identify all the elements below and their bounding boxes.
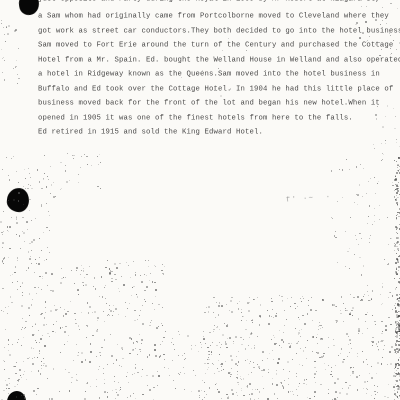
scan-speckle — [301, 329, 302, 330]
scan-speckle — [384, 345, 385, 346]
scan-speckle — [257, 297, 258, 298]
scan-speckle — [237, 303, 238, 304]
scan-speckle — [79, 329, 80, 330]
scan-speckle — [361, 299, 363, 301]
scan-speckle — [152, 281, 154, 283]
scan-speckle — [67, 311, 68, 312]
scan-speckle — [374, 398, 375, 399]
scan-speckle — [198, 390, 200, 392]
scan-speckle — [53, 368, 54, 369]
scan-speckle — [136, 294, 137, 295]
scan-speckle — [357, 204, 358, 205]
scan-speckle — [24, 371, 25, 372]
scan-speckle — [262, 351, 264, 353]
scan-speckle — [86, 156, 87, 157]
scan-speckle — [263, 369, 264, 370]
scan-speckle — [87, 325, 88, 326]
scan-speckle — [336, 399, 337, 400]
scan-speckle — [164, 266, 165, 267]
scan-speckle — [13, 199, 14, 200]
scan-speckle — [398, 270, 399, 271]
scan-speckle — [202, 380, 203, 381]
scan-speckle — [271, 316, 272, 317]
scan-speckle — [114, 376, 115, 377]
scan-speckle — [352, 371, 354, 373]
scan-speckle — [237, 374, 238, 375]
scan-speckle — [293, 394, 294, 395]
scan-speckle — [45, 365, 46, 366]
scan-speckle — [131, 338, 133, 340]
scan-speckle — [21, 395, 22, 396]
scan-speckle — [279, 330, 280, 331]
scan-speckle — [208, 306, 210, 308]
scan-speckle — [115, 308, 117, 310]
scan-speckle — [296, 353, 297, 354]
scan-speckle — [213, 312, 214, 313]
scan-speckle — [100, 355, 101, 356]
scan-speckle — [376, 118, 377, 119]
scan-speckle — [365, 21, 366, 22]
scan-speckle — [208, 367, 209, 368]
scan-speckle — [382, 153, 383, 154]
scan-speckle — [397, 327, 398, 328]
scan-speckle — [352, 315, 353, 316]
scan-speckle — [20, 375, 21, 376]
scan-speckle — [221, 398, 222, 399]
scan-speckle — [158, 375, 159, 376]
scan-speckle — [99, 154, 100, 155]
scan-speckle — [96, 356, 97, 357]
scan-speckle — [347, 310, 348, 311]
scan-speckle — [267, 310, 268, 311]
scan-speckle — [146, 286, 148, 288]
scan-speckle — [45, 272, 47, 274]
scan-speckle — [50, 310, 52, 312]
scan-speckle — [385, 140, 386, 141]
scan-speckle — [395, 395, 396, 396]
scan-speckle — [230, 300, 231, 301]
scan-speckle — [297, 306, 298, 307]
scan-speckle — [154, 265, 155, 266]
scan-speckle — [267, 358, 268, 359]
scan-speckle — [317, 352, 318, 353]
scan-speckle — [213, 329, 214, 330]
scan-speckle — [230, 376, 231, 377]
scan-speckle — [349, 268, 350, 269]
scan-speckle — [275, 315, 277, 317]
scan-speckle — [394, 128, 396, 130]
scan-speckle — [29, 258, 31, 260]
scan-speckle — [32, 358, 33, 359]
scan-speckle — [133, 349, 134, 350]
scan-speckle — [396, 237, 398, 239]
scan-speckle — [395, 328, 397, 330]
scan-speckle — [213, 331, 214, 332]
scan-speckle — [104, 391, 106, 393]
scan-speckle — [39, 276, 40, 277]
scan-speckle — [199, 397, 200, 398]
scan-speckle — [169, 375, 170, 376]
scan-speckle — [251, 393, 253, 395]
scan-speckle — [349, 385, 350, 386]
scan-speckle — [221, 363, 223, 365]
scan-speckle — [204, 391, 205, 392]
scan-speckle — [111, 278, 112, 279]
scan-speckle — [18, 339, 19, 340]
scan-speckle — [370, 300, 371, 301]
scan-speckle — [54, 305, 55, 306]
scan-speckle — [222, 334, 224, 336]
scan-speckle — [369, 373, 370, 374]
scan-speckle — [395, 273, 397, 275]
scan-speckle — [89, 266, 90, 267]
scan-speckle — [290, 306, 291, 307]
scan-speckle — [219, 354, 220, 355]
scan-speckle — [8, 344, 9, 345]
scan-speckle — [26, 270, 27, 271]
scan-speckle — [17, 342, 18, 343]
scan-speckle — [157, 371, 158, 372]
scan-speckle — [27, 358, 28, 359]
scan-speckle — [368, 216, 369, 217]
scan-speckle — [398, 300, 399, 301]
scan-speckle — [221, 344, 222, 345]
scan-speckle — [80, 167, 81, 168]
scan-speckle — [301, 301, 302, 302]
scan-speckle — [397, 167, 398, 168]
scan-speckle — [36, 293, 37, 294]
scan-speckle — [358, 328, 360, 330]
scan-speckle — [99, 366, 100, 367]
scan-speckle — [353, 367, 354, 368]
scan-speckle — [22, 217, 23, 218]
scan-speckle — [390, 54, 391, 55]
scan-speckle — [243, 339, 244, 340]
scan-speckle — [398, 341, 400, 343]
scan-speckle — [227, 397, 229, 399]
scan-speckle — [155, 289, 156, 290]
scan-speckle — [123, 284, 125, 286]
scan-speckle — [366, 393, 367, 394]
scan-speckle — [382, 286, 383, 287]
scan-speckle — [380, 24, 381, 25]
scan-speckle — [94, 277, 95, 278]
scan-speckle — [179, 374, 180, 375]
scan-speckle — [352, 307, 354, 309]
scan-speckle — [43, 232, 44, 233]
scan-speckle — [341, 296, 342, 297]
scan-speckle — [296, 376, 297, 377]
scan-speckle — [14, 272, 15, 273]
scan-speckle — [372, 345, 373, 346]
scan-speckle — [137, 319, 138, 320]
scan-speckle — [390, 363, 392, 365]
scan-speckle — [374, 221, 375, 222]
scan-speckle — [236, 356, 237, 357]
scan-speckle — [109, 315, 110, 316]
scan-speckle — [332, 376, 333, 377]
scan-speckle — [31, 188, 32, 189]
scan-speckle — [398, 182, 399, 183]
scan-speckle — [238, 361, 239, 362]
scan-speckle — [239, 301, 240, 302]
scan-speckle — [287, 361, 289, 363]
scan-speckle — [52, 331, 53, 332]
scan-speckle — [8, 25, 10, 27]
scan-speckle — [274, 337, 275, 338]
scan-speckle — [263, 388, 264, 389]
scan-speckle — [171, 342, 172, 343]
scan-speckle — [391, 346, 393, 348]
scan-speckle — [6, 26, 7, 27]
scan-speckle — [363, 265, 364, 266]
scan-speckle — [104, 383, 105, 384]
scan-speckle — [16, 222, 18, 224]
scan-speckle — [362, 333, 363, 334]
scan-speckle — [335, 365, 336, 366]
scan-speckle — [382, 126, 384, 128]
scan-speckle — [396, 172, 398, 174]
scan-speckle — [160, 344, 161, 345]
scan-speckle — [335, 231, 336, 232]
scan-speckle — [208, 351, 209, 352]
scan-speckle — [394, 305, 395, 306]
scan-speckle — [353, 297, 354, 298]
scan-speckle — [97, 320, 98, 321]
scan-speckle — [0, 221, 2, 223]
scan-speckle — [362, 196, 363, 197]
scan-speckle — [396, 287, 397, 288]
scan-speckle — [339, 169, 340, 170]
scan-speckle — [77, 289, 79, 291]
scan-speckle — [379, 55, 380, 56]
scan-speckle — [397, 388, 399, 390]
scan-speckle — [350, 217, 351, 218]
scan-speckle — [374, 321, 376, 323]
scan-speckle — [259, 391, 260, 392]
scan-speckle — [356, 239, 357, 240]
scan-speckle — [218, 371, 220, 373]
scan-speckle — [129, 303, 130, 304]
scan-speckle — [72, 155, 73, 156]
scan-speckle — [65, 170, 66, 171]
scan-speckle — [223, 369, 224, 370]
scan-speckle — [357, 194, 359, 196]
scan-speckle — [332, 399, 333, 400]
scan-speckle — [90, 386, 91, 387]
scan-speckle — [378, 349, 379, 350]
scan-speckle — [206, 307, 207, 308]
scan-speckle — [172, 360, 173, 361]
scan-speckle — [343, 359, 345, 361]
scan-speckle — [225, 343, 227, 345]
scan-speckle — [312, 336, 314, 338]
scan-speckle — [107, 392, 108, 393]
scan-speckle — [345, 266, 346, 267]
scan-speckle — [251, 320, 253, 322]
scan-speckle — [229, 337, 231, 339]
scan-speckle — [146, 375, 147, 376]
scan-speckle — [198, 74, 199, 75]
scan-speckle — [182, 355, 183, 356]
scan-speckle — [304, 323, 306, 325]
scan-speckle — [388, 297, 389, 298]
scan-speckle — [269, 353, 270, 354]
scan-speckle — [105, 285, 106, 286]
scan-speckle — [254, 345, 255, 346]
scan-speckle — [78, 174, 79, 175]
scan-speckle — [236, 377, 237, 378]
scan-speckle — [173, 344, 174, 345]
scan-speckle — [392, 309, 393, 310]
scan-speckle — [46, 324, 47, 325]
scan-speckle — [215, 317, 216, 318]
scan-speckle — [199, 395, 200, 396]
text-line-1-clipped: just opposite and Party during the Royal… — [38, 0, 380, 3]
scan-speckle — [149, 280, 150, 281]
scan-speckle — [70, 301, 71, 302]
scan-speckle — [237, 378, 238, 379]
scan-speckle — [219, 302, 220, 303]
scan-speckle — [389, 32, 390, 33]
scan-speckle — [125, 316, 126, 317]
scan-speckle — [387, 105, 388, 106]
scan-speckle — [8, 393, 9, 394]
scan-speckle — [375, 114, 376, 115]
scan-speckle — [162, 307, 163, 308]
scan-speckle — [348, 336, 349, 337]
scan-speckle — [141, 376, 142, 377]
scan-speckle — [399, 294, 400, 295]
scan-speckle — [212, 342, 213, 343]
scan-speckle — [71, 270, 72, 271]
scan-speckle — [47, 176, 48, 177]
scan-speckle — [109, 273, 111, 275]
scan-speckle — [214, 373, 215, 374]
scan-speckle — [120, 387, 121, 388]
text-line-6: a hotel in Ridgeway known as the Queens.… — [38, 70, 380, 78]
scan-speckle — [2, 247, 3, 248]
scan-speckle — [141, 281, 143, 283]
scan-speckle — [184, 389, 185, 390]
scan-speckle — [331, 371, 332, 372]
scan-speckle — [165, 331, 166, 332]
scan-speckle — [374, 177, 375, 178]
scan-speckle — [248, 310, 250, 312]
scan-speckle — [218, 305, 219, 306]
scan-speckle — [349, 248, 350, 249]
text-line-7: Buffalo and Ed took over the Cottage Hot… — [38, 85, 393, 93]
scan-speckle — [291, 343, 292, 344]
scan-speckle — [277, 362, 278, 363]
scan-speckle — [397, 368, 399, 370]
scan-speckle — [218, 314, 220, 316]
scan-speckle — [360, 300, 361, 301]
scan-speckle — [142, 323, 144, 325]
scan-speckle — [16, 171, 17, 172]
scan-speckle — [7, 33, 9, 35]
scan-speckle — [372, 342, 373, 343]
scan-speckle — [369, 242, 370, 243]
scan-speckle — [250, 333, 252, 335]
scan-speckle — [20, 286, 21, 287]
scan-speckle — [87, 382, 89, 384]
scan-speckle — [314, 391, 316, 393]
text-line-3: got work as street car conductors.They b… — [38, 27, 400, 35]
scan-speckle — [276, 370, 277, 371]
scan-speckle — [345, 308, 346, 309]
scan-speckle — [155, 296, 156, 297]
scan-speckle — [398, 398, 399, 399]
scan-speckle — [397, 205, 398, 206]
scan-speckle — [377, 386, 378, 387]
scan-speckle — [48, 211, 49, 212]
scan-speckle — [127, 308, 128, 309]
scan-speckle — [336, 322, 337, 323]
scan-speckle — [297, 395, 298, 396]
scan-speckle — [104, 287, 105, 288]
scan-speckle — [241, 312, 242, 313]
scan-speckle — [113, 363, 114, 364]
scan-speckle — [339, 392, 341, 394]
scan-speckle — [367, 389, 368, 390]
scan-speckle — [81, 361, 83, 363]
scan-speckle — [154, 309, 155, 310]
scan-speckle — [395, 384, 396, 385]
scan-speckle — [347, 356, 348, 357]
scan-speckle — [20, 248, 21, 249]
scan-speckle — [132, 287, 133, 288]
scan-speckle — [337, 397, 338, 398]
scan-speckle — [216, 327, 217, 328]
scan-speckle — [104, 321, 105, 322]
scan-speckle — [298, 341, 299, 342]
scan-speckle — [257, 364, 258, 365]
scan-speckle — [16, 216, 18, 218]
scan-speckle — [35, 218, 36, 219]
scan-speckle — [300, 348, 301, 349]
scan-speckle — [216, 383, 217, 384]
scan-speckle — [394, 352, 395, 353]
scan-speckle — [30, 177, 31, 178]
scan-speckle — [164, 359, 165, 360]
scan-speckle — [78, 182, 79, 183]
scan-speckle — [364, 381, 365, 382]
scan-speckle — [372, 315, 373, 316]
scan-speckle — [37, 169, 38, 170]
scan-speckle — [78, 294, 79, 295]
scan-speckle — [396, 253, 397, 254]
scan-speckle — [103, 311, 104, 312]
scan-speckle — [229, 310, 230, 311]
scan-speckle — [206, 394, 207, 395]
scan-speckle — [388, 244, 389, 245]
scan-speckle — [163, 337, 164, 338]
scan-speckle — [217, 389, 218, 390]
scan-speckle — [356, 166, 357, 167]
scan-speckle — [328, 393, 329, 394]
scan-speckle — [289, 346, 291, 348]
scan-speckle — [367, 381, 368, 382]
scan-speckle — [83, 268, 84, 269]
scan-speckle — [107, 315, 108, 316]
scan-speckle — [331, 170, 333, 172]
scan-speckle — [398, 359, 399, 360]
scan-speckle — [298, 332, 299, 333]
scan-speckle — [110, 310, 112, 312]
scan-speckle — [3, 211, 4, 212]
scan-speckle — [218, 391, 220, 393]
